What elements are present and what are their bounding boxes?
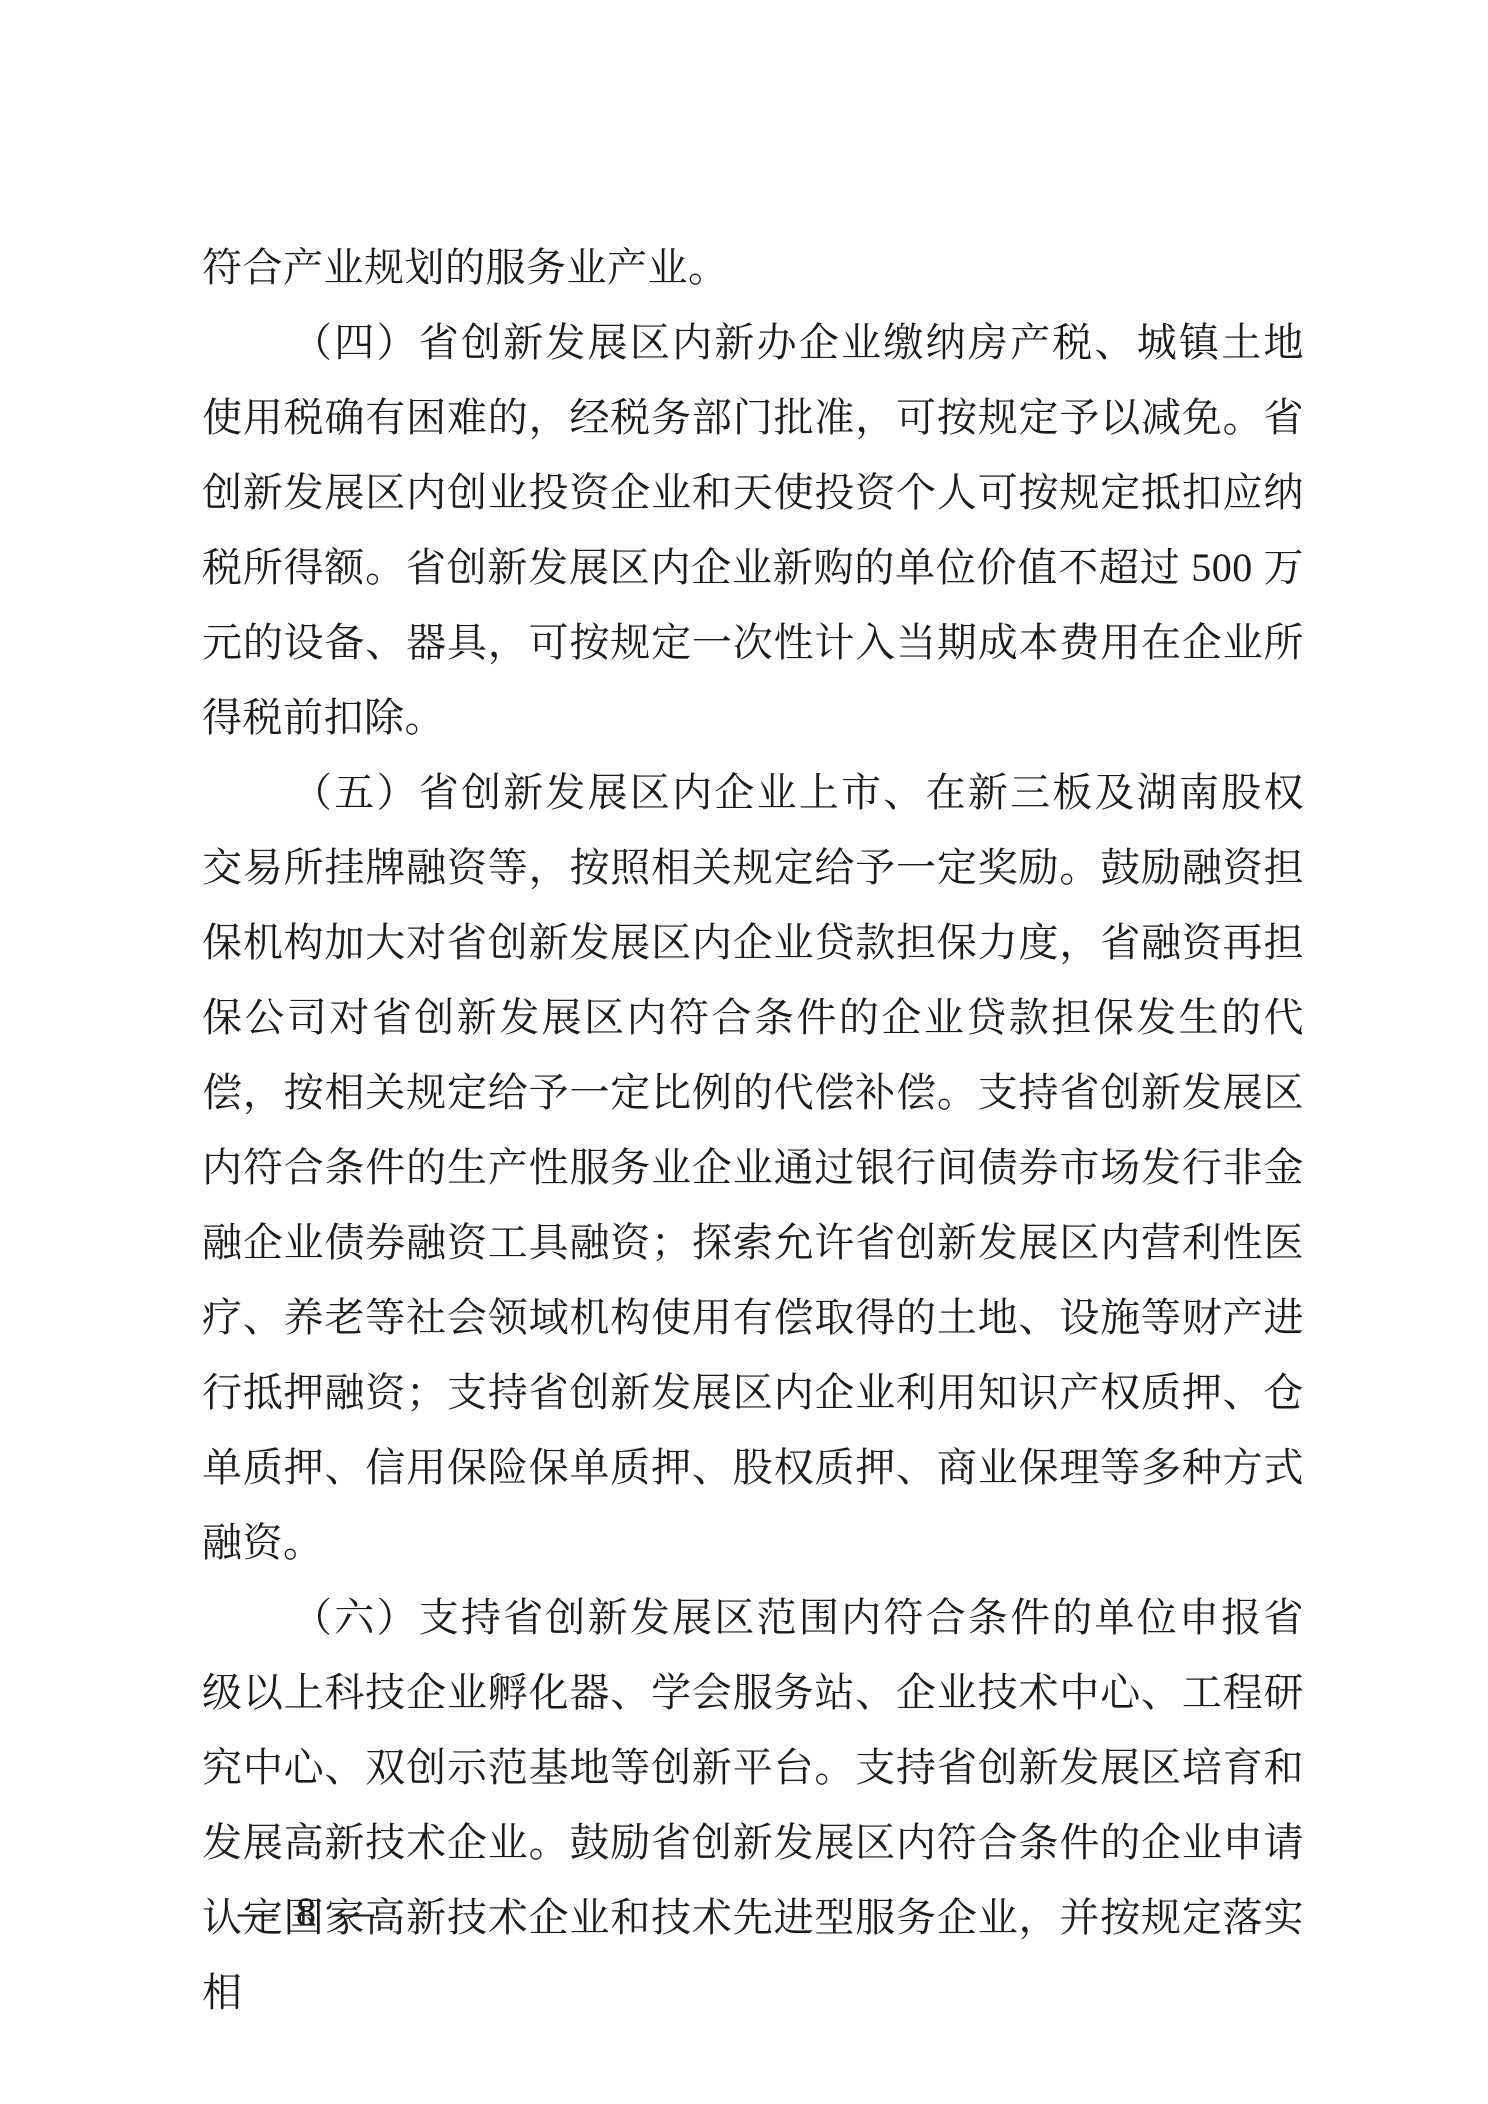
document-body: 符合产业规划的服务业产业。 （四）省创新发展区内新办企业缴纳房产税、城镇土地使用… [202, 230, 1304, 2030]
document-page: 符合产业规划的服务业产业。 （四）省创新发展区内新办企业缴纳房产税、城镇土地使用… [0, 0, 1488, 2104]
paragraph-item-6: （六）支持省创新发展区范围内符合条件的单位申报省级以上科技企业孵化器、学会服务站… [202, 1580, 1304, 2030]
page-number: — 8 — [238, 1882, 378, 1942]
paragraph-item-4: （四）省创新发展区内新办企业缴纳房产税、城镇土地使用税确有困难的，经税务部门批准… [202, 305, 1304, 755]
paragraph-continuation: 符合产业规划的服务业产业。 [202, 230, 1304, 305]
paragraph-item-5: （五）省创新发展区内企业上市、在新三板及湖南股权交易所挂牌融资等，按照相关规定给… [202, 755, 1304, 1580]
